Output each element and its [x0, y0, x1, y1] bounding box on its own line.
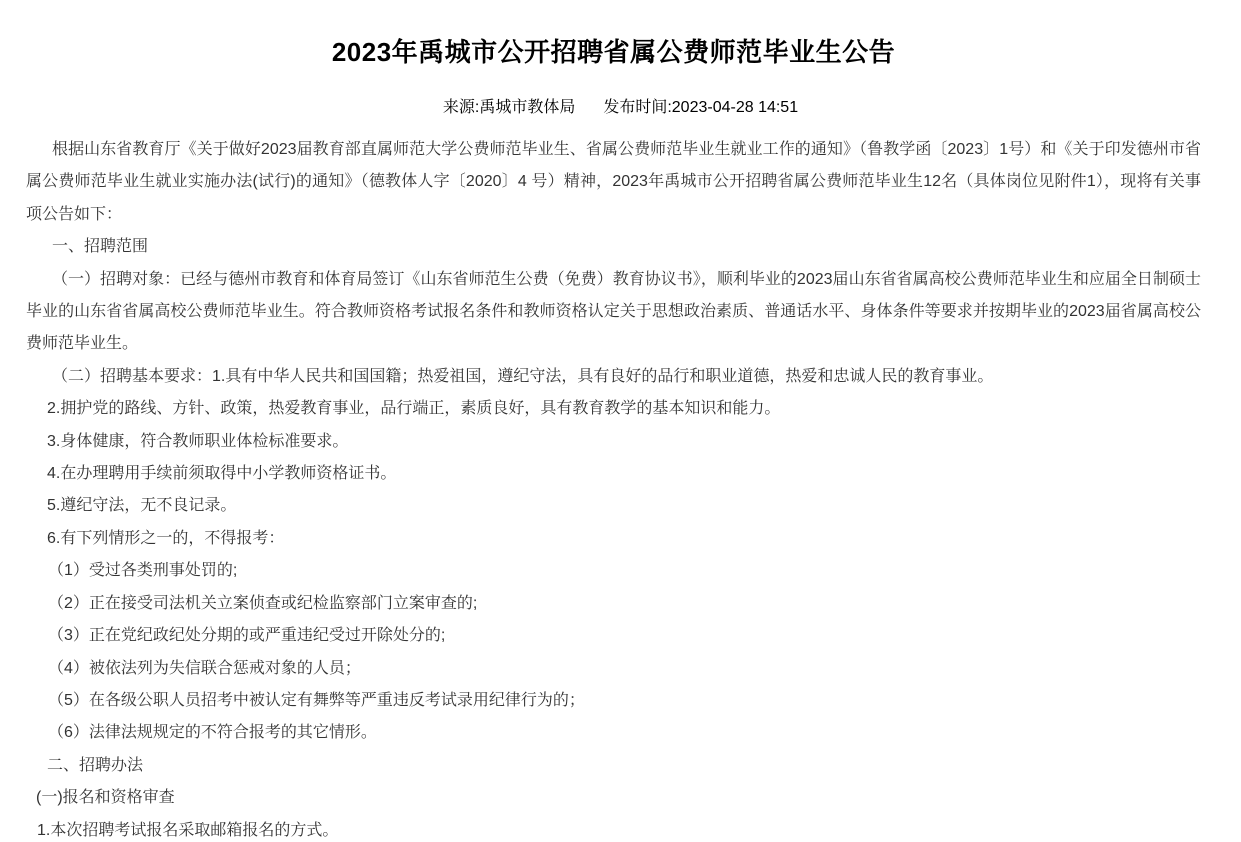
page-title: 2023年禹城市公开招聘省属公费师范毕业生公告	[26, 34, 1201, 70]
paragraph-disqualify-6: （6）法律法规规定的不符合报考的其它情形。	[26, 717, 1201, 749]
article-publish-time: 发布时间:2023-04-28 14:51	[603, 99, 798, 116]
paragraph-requirement-4: 4.在办理聘用手续前须取得中小学教师资格证书。	[26, 458, 1201, 490]
paragraph-requirement-2: 2.拥护党的路线、方针、政策，热爱教育事业，品行端正，素质良好，具有教育教学的基…	[26, 393, 1201, 425]
paragraph-recruit-target: （一）招聘对象：已经与德州市教育和体育局签订《山东省师范生公费（免费）教育协议书…	[26, 264, 1201, 361]
article-meta: 来源:禹城市教体局发布时间:2023-04-28 14:51	[0, 96, 1241, 120]
article-body: 根据山东省教育厅《关于做好2023届教育部直属师范大学公费师范毕业生、省属公费师…	[26, 134, 1201, 842]
paragraph-requirement-5: 5.遵纪守法，无不良记录。	[26, 490, 1201, 522]
paragraph-requirement-3: 3.身体健康，符合教师职业体检标准要求。	[26, 426, 1201, 458]
paragraph-registration-method: 1.本次招聘考试报名采取邮箱报名的方式。	[26, 815, 1201, 842]
paragraph-requirement-6: 6.有下列情形之一的，不得报考：	[26, 523, 1201, 555]
section-heading-recruit-method: 二、招聘办法	[26, 750, 1201, 782]
paragraph-disqualify-3: （3）正在党纪政纪处分期的或严重违纪受过开除处分的;	[26, 620, 1201, 652]
paragraph-disqualify-1: （1）受过各类刑事处罚的;	[26, 555, 1201, 587]
paragraph-disqualify-4: （4）被依法列为失信联合惩戒对象的人员；	[26, 653, 1201, 685]
section-heading-recruit-scope: 一、招聘范围	[26, 231, 1201, 263]
paragraph-disqualify-5: （5）在各级公职人员招考中被认定有舞弊等严重违反考试录用纪律行为的；	[26, 685, 1201, 717]
subsection-heading-registration: (一)报名和资格审查	[26, 782, 1201, 814]
paragraph-basic-requirements: （二）招聘基本要求：1.具有中华人民共和国国籍；热爱祖国，遵纪守法，具有良好的品…	[26, 361, 1201, 393]
announcement-page: 2023年禹城市公开招聘省属公费师范毕业生公告 来源:禹城市教体局发布时间:20…	[0, 0, 1241, 842]
paragraph-intro: 根据山东省教育厅《关于做好2023届教育部直属师范大学公费师范毕业生、省属公费师…	[26, 134, 1201, 231]
article-source: 来源:禹城市教体局	[443, 99, 575, 116]
paragraph-disqualify-2: （2）正在接受司法机关立案侦查或纪检监察部门立案审查的;	[26, 588, 1201, 620]
